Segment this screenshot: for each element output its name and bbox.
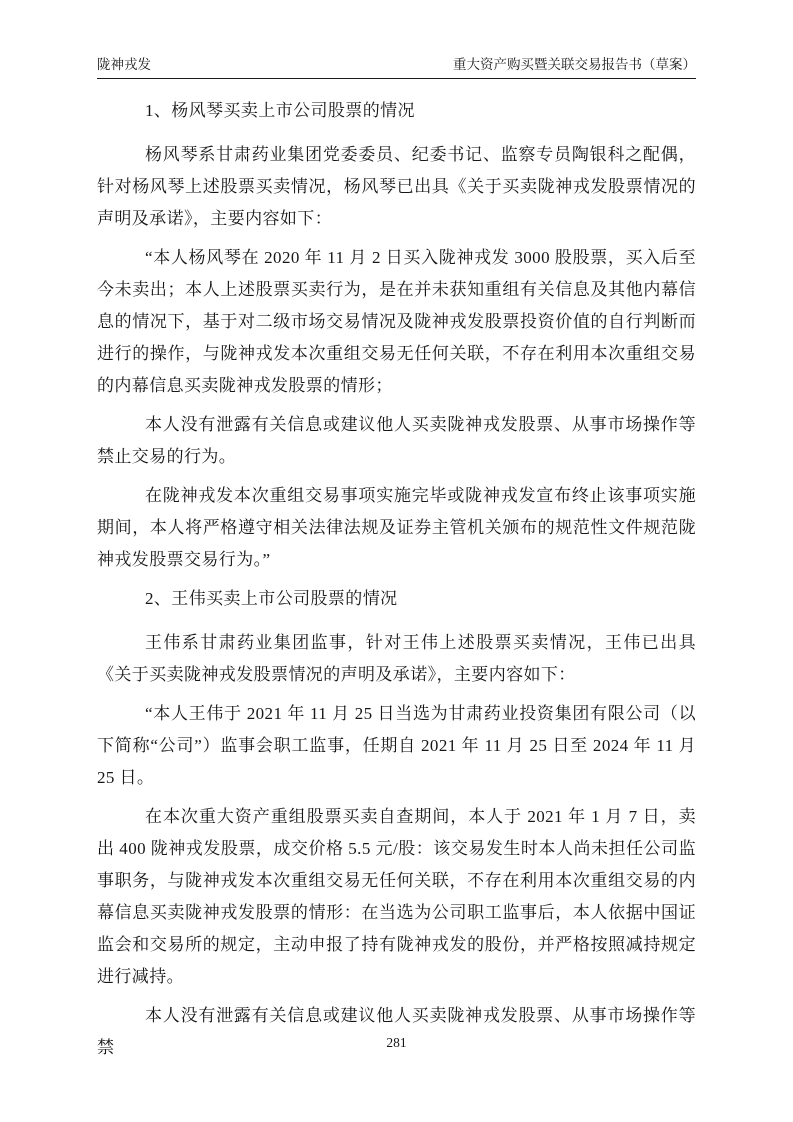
paragraph-yang-statement-3: 在陇神戎发本次重组交易事项实施完毕或陇神戎发宣布终止该事项实施期间，本人将严格遵… — [97, 480, 696, 576]
page-header: 陇神戎发 重大资产购买暨关联交易报告书（草案） — [97, 56, 696, 79]
section-heading-2: 2、王伟买卖上市公司股票的情况 — [97, 583, 696, 615]
paragraph-wang-statement-2: 在本次重大资产重组股票买卖自查期间，本人于 2021 年 1 月 7 日，卖出 … — [97, 801, 696, 993]
paragraph-yang-statement-2: 本人没有泄露有关信息或建议他人买卖陇神戎发股票、从事市场操作等禁止交易的行为。 — [97, 409, 696, 473]
section-heading-1: 1、杨风琴买卖上市公司股票的情况 — [97, 95, 696, 127]
paragraph-wang-statement-3: 本人没有泄露有关信息或建议他人买卖陇神戎发股票、从事市场操作等禁 — [97, 1000, 696, 1064]
paragraph-wang-statement-1: “本人王伟于 2021 年 11 月 25 日当选为甘肃药业投资集团有限公司（以… — [97, 698, 696, 794]
header-report-title: 重大资产购买暨关联交易报告书（草案） — [453, 56, 696, 74]
paragraph-wang-intro: 王伟系甘肃药业集团监事，针对王伟上述股票买卖情况，王伟已出具《关于买卖陇神戎发股… — [97, 627, 696, 691]
paragraph-yang-intro: 杨风琴系甘肃药业集团党委委员、纪委书记、监察专员陶银科之配偶，针对杨风琴上述股票… — [97, 139, 696, 235]
document-page: 陇神戎发 重大资产购买暨关联交易报告书（草案） 1、杨风琴买卖上市公司股票的情况… — [0, 0, 793, 1122]
page-footer: 281 — [0, 1034, 793, 1052]
paragraph-yang-statement-1: “本人杨风琴在 2020 年 11 月 2 日买入陇神戎发 3000 股股票，买… — [97, 242, 696, 402]
document-body: 1、杨风琴买卖上市公司股票的情况 杨风琴系甘肃药业集团党委委员、纪委书记、监察专… — [97, 95, 696, 1064]
header-company-name: 陇神戎发 — [97, 56, 151, 74]
page-number: 281 — [386, 1035, 406, 1050]
